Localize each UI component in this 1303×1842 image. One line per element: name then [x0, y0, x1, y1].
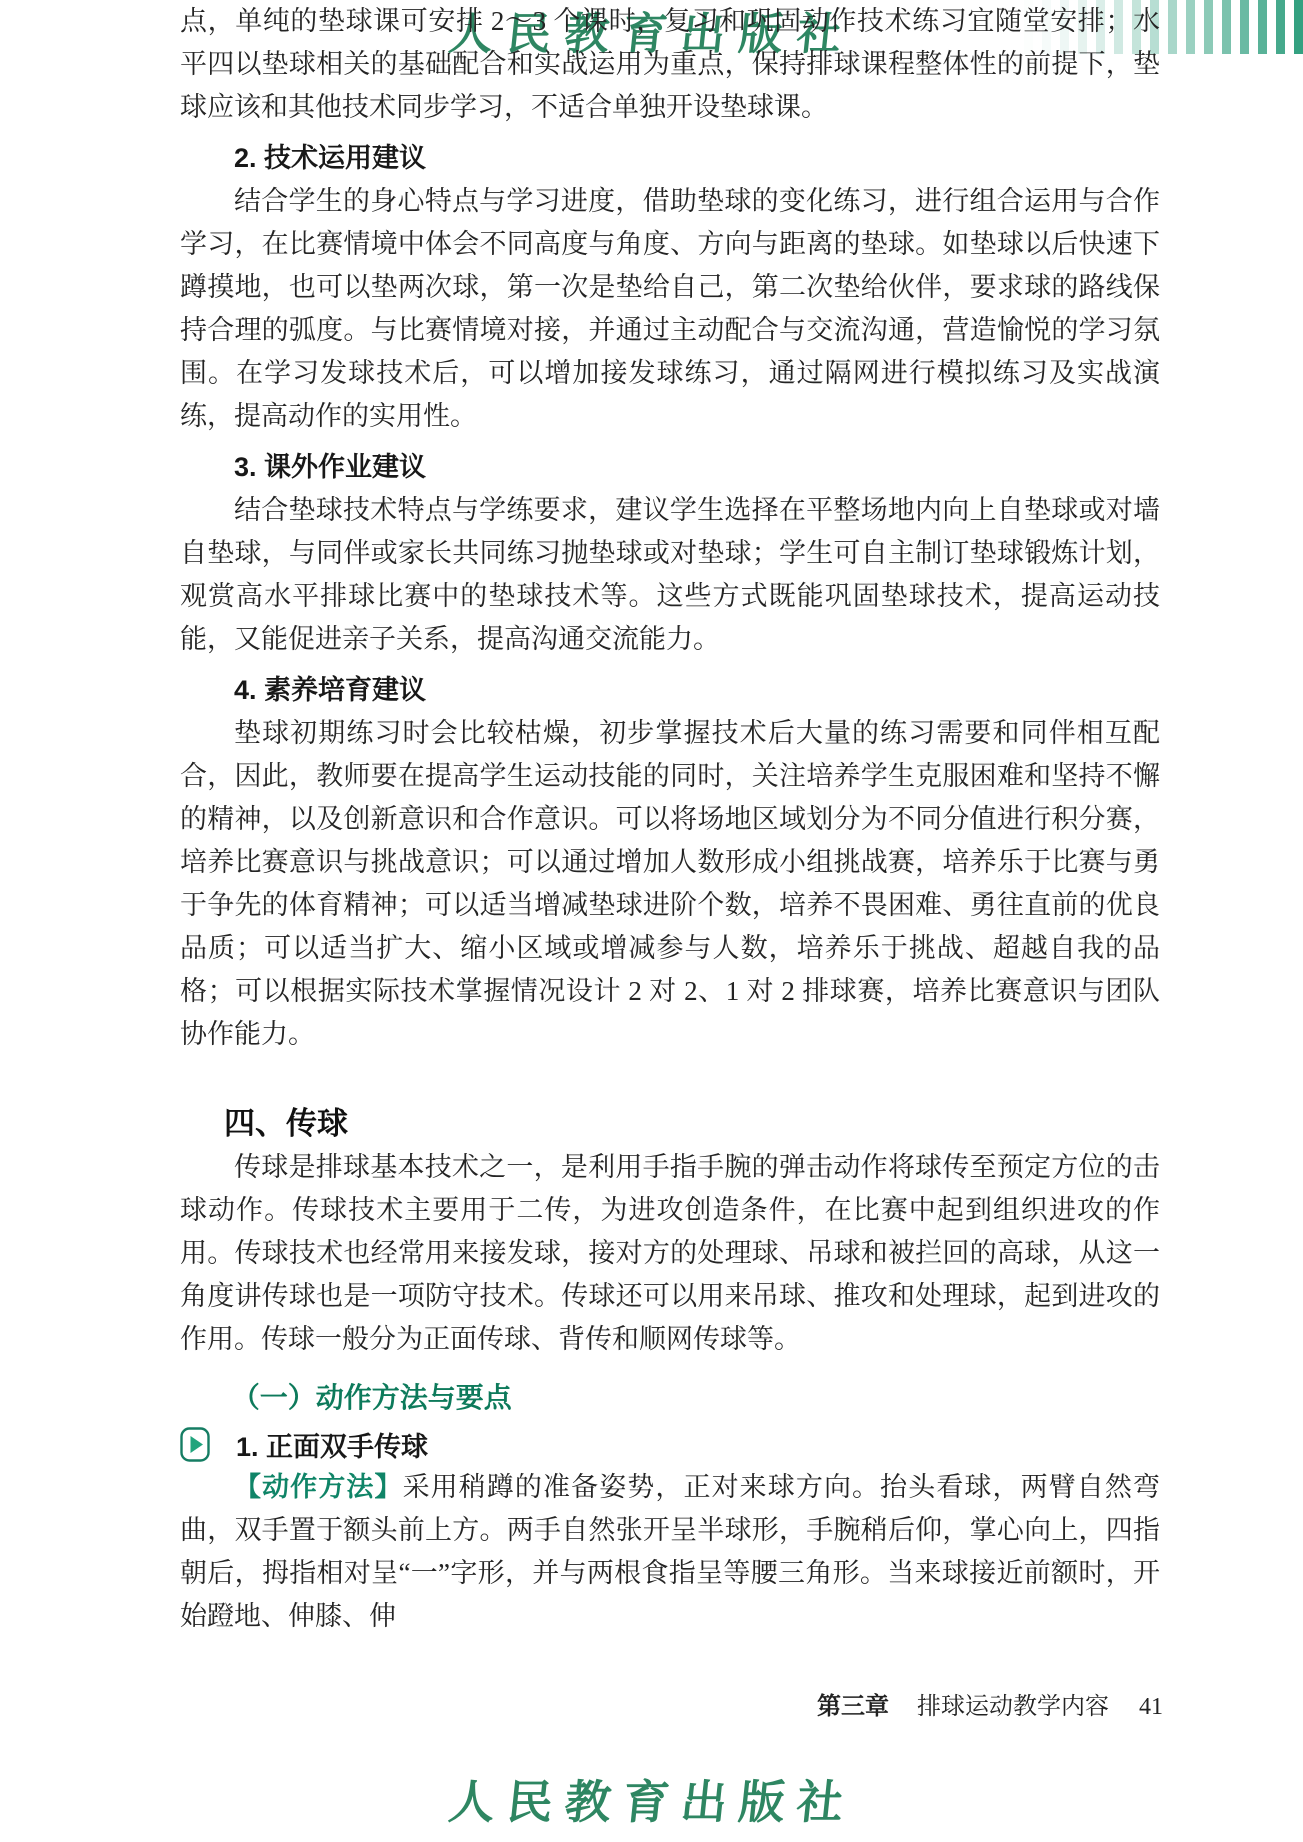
paragraph-homework-suggestion: 结合垫球技术特点与学练要求，建议学生选择在平整场地内向上自垫球或对墙自垫球，与同… [180, 489, 1160, 661]
page: 人民教育出版社 点，单纯的垫球课可安排 2～3 个课时，复习和巩固动作技术练习宜… [0, 0, 1303, 1842]
footer-page-number: 41 [1139, 1694, 1163, 1720]
heading-technique-application: 2. 技术运用建议 [180, 137, 1160, 180]
subsection-heading-method-points: （一）动作方法与要点 [180, 1377, 1160, 1420]
item-heading-row: 1. 正面双手传球 [180, 1422, 1160, 1466]
paragraph-literacy-cultivation: 垫球初期练习时会比较枯燥，初步掌握技术后大量的练习需要和同伴相互配合，因此，教师… [180, 712, 1160, 1056]
heading-literacy-cultivation: 4. 素养培育建议 [180, 669, 1160, 712]
page-footer: 第三章 排球运动教学内容 41 [817, 1692, 1163, 1722]
footer-section: 排球运动教学内容 [917, 1694, 1109, 1720]
item-heading-front-set: 1. 正面双手传球 [236, 1425, 428, 1464]
paragraph-technique-application: 结合学生的身心特点与学习进度，借助垫球的变化练习，进行组合运用与合作学习，在比赛… [180, 180, 1160, 438]
play-icon [180, 1427, 210, 1462]
footer-chapter: 第三章 [817, 1693, 889, 1720]
section-heading-passing: 四、传球 [224, 1102, 1160, 1146]
publisher-logo-bottom: 人民教育出版社 [446, 1776, 857, 1828]
paragraph-continuation: 点，单纯的垫球课可安排 2～3 个课时，复习和巩固动作技术练习宜随堂安排；水平四… [180, 0, 1160, 129]
page-content: 点，单纯的垫球课可安排 2～3 个课时，复习和巩固动作技术练习宜随堂安排；水平四… [180, 0, 1160, 1638]
paragraph-passing-intro: 传球是排球基本技术之一，是利用手指手腕的弹击动作将球传至预定方位的击球动作。传球… [180, 1146, 1160, 1361]
method-label: 【动作方法】 [234, 1472, 403, 1502]
heading-homework-suggestion: 3. 课外作业建议 [180, 446, 1160, 489]
paragraph-method: 【动作方法】采用稍蹲的准备姿势，正对来球方向。抬头看球，两臂自然弯曲，双手置于额… [180, 1466, 1160, 1638]
